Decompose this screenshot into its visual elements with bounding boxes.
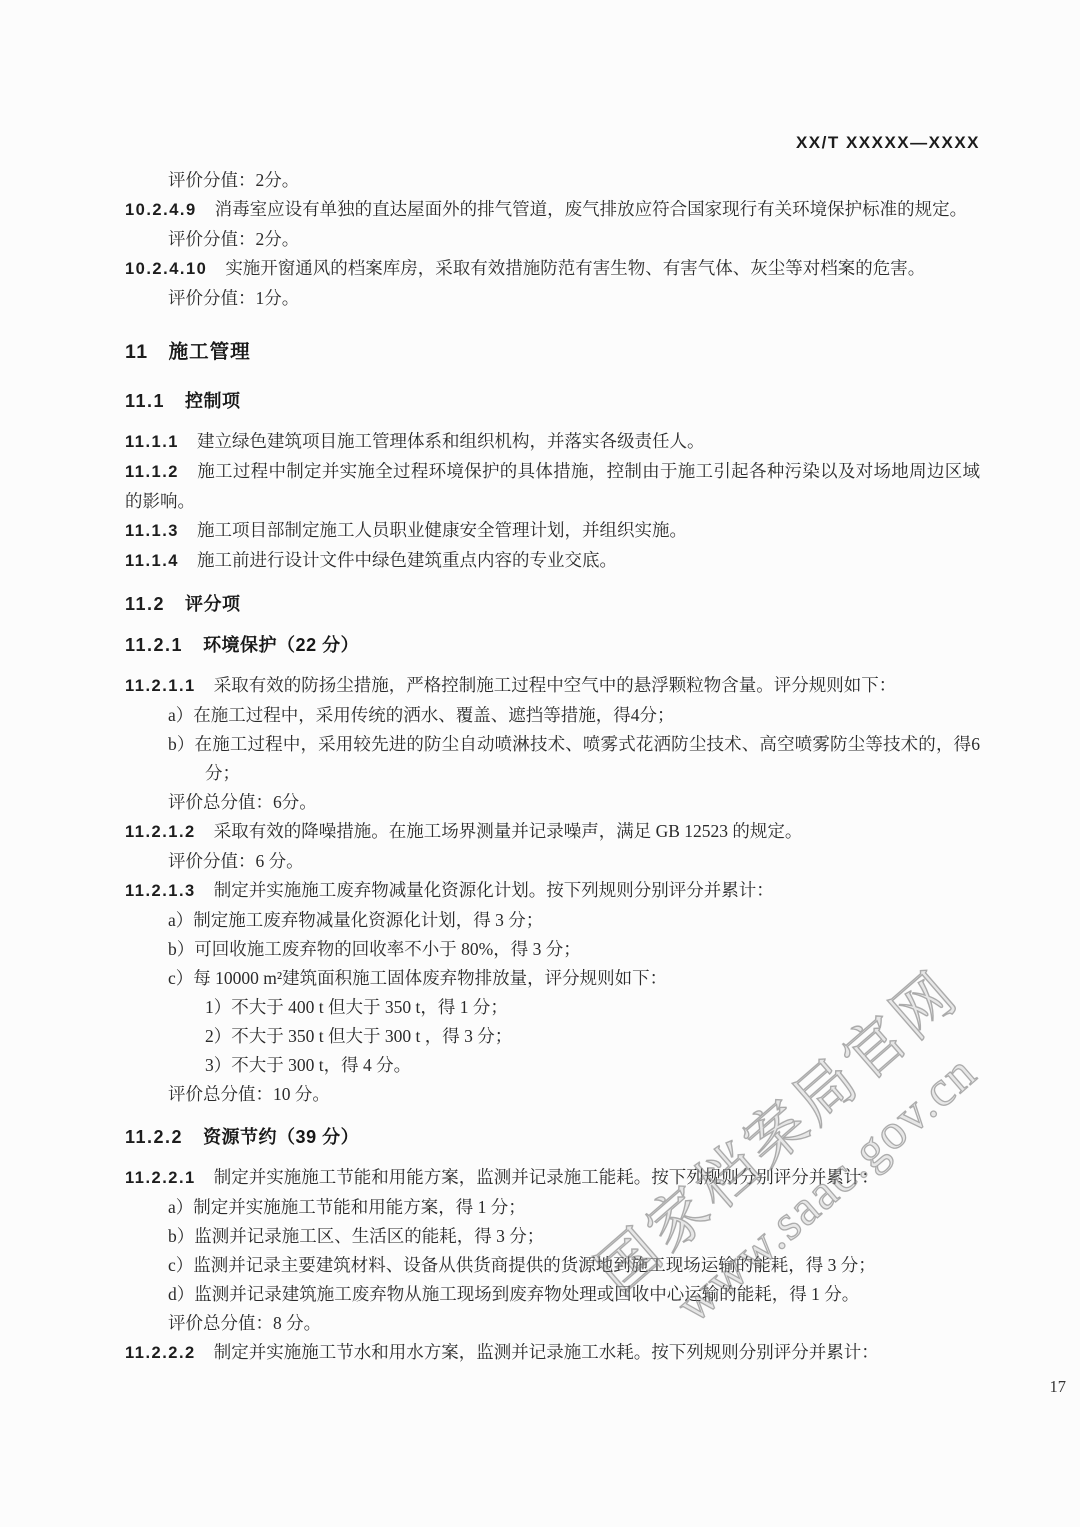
section-heading: 11.2.2资源节约（39 分） xyxy=(125,1125,980,1150)
clause-paragraph: 11.1.3施工项目部制定施工人员职业健康安全管理计划，并组织实施。 xyxy=(125,516,980,546)
clause-number: 11.2.2.2 xyxy=(125,1344,196,1362)
clause-text: 实施开窗通风的档案库房，采取有效措施防范有害生物、有害气体、灰尘等对档案的危害。 xyxy=(225,258,925,278)
clause-text: 施工管理 xyxy=(169,341,251,363)
list-item: c）监测并记录主要建筑材料、设备从供货商提供的货源地到施工现场运输的能耗，得 3… xyxy=(168,1251,980,1280)
clause-text: 采取有效的防扬尘措施，严格控制施工过程中空气中的悬浮颗粒物含量。评分规则如下： xyxy=(214,675,897,695)
list-item: c）每 10000 m²建筑面积施工固体废弃物排放量，评分规则如下： xyxy=(168,964,980,993)
clause-text: 制定并实施施工节水和用水方案，监测并记录施工水耗。按下列规则分别评分并累计： xyxy=(214,1342,879,1362)
clause-text: d）监测并记录建筑施工废弃物从施工现场到废弃物处理或回收中心运输的能耗，得 1 … xyxy=(168,1284,859,1304)
clause-number: 10.2.4.9 xyxy=(125,201,197,219)
clause-text: 评价总分值：10 分。 xyxy=(168,1084,330,1104)
clause-text: c）监测并记录主要建筑材料、设备从供货商提供的货源地到施工现场运输的能耗，得 3… xyxy=(168,1255,876,1275)
list-item: a）在施工过程中，采用传统的洒水、覆盖、遮挡等措施，得4分； xyxy=(168,701,980,730)
clause-number: 11.2 xyxy=(125,594,165,614)
clause-paragraph: 11.1.2施工过程中制定并实施全过程环境保护的具体措施，控制由于施工引起各种污… xyxy=(125,457,980,516)
section-heading: 11.2评分项 xyxy=(125,592,980,617)
clause-text: 制定并实施施工废弃物减量化资源化计划。按下列规则分别评分并累计： xyxy=(214,880,774,900)
list-item: 3）不大于 300 t，得 4 分。 xyxy=(205,1051,980,1080)
clause-number: 11 xyxy=(125,341,149,363)
clause-text: 评价分值：2分。 xyxy=(168,229,299,249)
clause-number: 11.1.1 xyxy=(125,433,179,451)
clause-text: b）可回收施工废弃物的回收率不小于 80%，得 3 分； xyxy=(168,939,581,959)
clause-text: 采取有效的降噪措施。在施工场界测量并记录噪声，满足 GB 12523 的规定。 xyxy=(214,821,803,841)
clause-paragraph: 11.2.2.2制定并实施施工节水和用水方案，监测并记录施工水耗。按下列规则分别… xyxy=(125,1338,980,1368)
section-heading: 11.2.1环境保护（22 分） xyxy=(125,633,980,658)
clause-paragraph: 11.1.1建立绿色建筑项目施工管理体系和组织机构，并落实各级责任人。 xyxy=(125,427,980,457)
list-item: a）制定施工废弃物减量化资源化计划，得 3 分； xyxy=(168,906,980,935)
clause-number: 11.2.1 xyxy=(125,635,183,655)
clause-text: b）监测并记录施工区、生活区的能耗，得 3 分； xyxy=(168,1226,544,1246)
clause-text: 2）不大于 350 t 但大于 300 t ，得 3 分； xyxy=(205,1026,512,1046)
list-item: a）制定并实施施工节能和用能方案，得 1 分； xyxy=(168,1193,980,1222)
clause-paragraph: 11.1.4施工前进行设计文件中绿色建筑重点内容的专业交底。 xyxy=(125,546,980,576)
clause-number: 11.1.4 xyxy=(125,552,179,570)
list-item: b）可回收施工废弃物的回收率不小于 80%，得 3 分； xyxy=(168,935,980,964)
clause-paragraph: 11.2.1.1采取有效的防扬尘措施，严格控制施工过程中空气中的悬浮颗粒物含量。… xyxy=(125,671,980,701)
list-item: 2）不大于 350 t 但大于 300 t ，得 3 分； xyxy=(205,1022,980,1051)
clause-text: 评价总分值：8 分。 xyxy=(168,1313,321,1333)
clause-text: 控制项 xyxy=(185,391,241,411)
list-item: b）在施工过程中，采用较先进的防尘自动喷淋技术、喷雾式花洒防尘技术、高空喷雾防尘… xyxy=(168,730,980,788)
list-item: 评价分值：2分。 xyxy=(168,225,980,254)
clause-number: 11.2.1.3 xyxy=(125,882,196,900)
page-number: 17 xyxy=(0,1368,1080,1398)
clause-paragraph: 10.2.4.10实施开窗通风的档案库房，采取有效措施防范有害生物、有害气体、灰… xyxy=(125,254,980,284)
clause-text: 制定并实施施工节能和用能方案，监测并记录施工能耗。按下列规则分别评分并累计： xyxy=(214,1167,879,1187)
list-item: 评价总分值：6分。 xyxy=(168,788,980,817)
clause-text: 3）不大于 300 t，得 4 分。 xyxy=(205,1055,411,1075)
clause-number: 11.2.1.2 xyxy=(125,823,196,841)
clause-text: 资源节约（39 分） xyxy=(203,1127,359,1147)
list-item: 评价分值：6 分。 xyxy=(168,847,980,876)
clause-text: 施工过程中制定并实施全过程环境保护的具体措施，控制由于施工引起各种污染以及对场地… xyxy=(125,461,980,511)
clause-text: 消毒室应设有单独的直达屋面外的排气管道，废气排放应符合国家现行有关环境保护标准的… xyxy=(215,199,968,219)
clause-number: 11.2.2.1 xyxy=(125,1169,196,1187)
clause-text: 施工项目部制定施工人员职业健康安全管理计划，并组织实施。 xyxy=(197,520,687,540)
clause-paragraph: 11.2.1.2采取有效的降噪措施。在施工场界测量并记录噪声，满足 GB 125… xyxy=(125,817,980,847)
clause-number: 11.1.3 xyxy=(125,522,179,540)
list-item: 1）不大于 400 t 但大于 350 t，得 1 分； xyxy=(205,993,980,1022)
list-item: b）监测并记录施工区、生活区的能耗，得 3 分； xyxy=(168,1222,980,1251)
list-item: 评价分值：2分。 xyxy=(168,166,980,195)
clause-text: 评分项 xyxy=(185,594,241,614)
clause-text: 评价分值：2分。 xyxy=(168,170,299,190)
clause-text: c）每 10000 m²建筑面积施工固体废弃物排放量，评分规则如下： xyxy=(168,968,667,988)
clause-paragraph: 10.2.4.9消毒室应设有单独的直达屋面外的排气管道，废气排放应符合国家现行有… xyxy=(125,195,980,225)
section-heading: 11.1控制项 xyxy=(125,389,980,414)
clause-text: 建立绿色建筑项目施工管理体系和组织机构，并落实各级责任人。 xyxy=(197,431,705,451)
clause-paragraph: 11.2.1.3制定并实施施工废弃物减量化资源化计划。按下列规则分别评分并累计： xyxy=(125,876,980,906)
clause-number: 10.2.4.10 xyxy=(125,260,207,278)
clause-number: 11.2.1.1 xyxy=(125,677,196,695)
list-item: d）监测并记录建筑施工废弃物从施工现场到废弃物处理或回收中心运输的能耗，得 1 … xyxy=(168,1280,980,1309)
clause-text: 评价分值：1分。 xyxy=(168,288,299,308)
clause-number: 11.2.2 xyxy=(125,1127,183,1147)
list-item: 评价分值：1分。 xyxy=(168,284,980,313)
clause-number: 11.1.2 xyxy=(125,463,179,481)
clause-text: b）在施工过程中，采用较先进的防尘自动喷淋技术、喷雾式花洒防尘技术、高空喷雾防尘… xyxy=(168,734,980,783)
clause-text: a）在施工过程中，采用传统的洒水、覆盖、遮挡等措施，得4分； xyxy=(168,705,675,725)
clause-text: 环境保护（22 分） xyxy=(203,635,359,655)
clause-text: a）制定施工废弃物减量化资源化计划，得 3 分； xyxy=(168,910,543,930)
clause-text: 评价总分值：6分。 xyxy=(168,792,317,812)
clause-text: 评价分值：6 分。 xyxy=(168,851,304,871)
clause-text: 1）不大于 400 t 但大于 350 t，得 1 分； xyxy=(205,997,508,1017)
clause-text: a）制定并实施施工节能和用能方案，得 1 分； xyxy=(168,1197,526,1217)
list-item: 评价总分值：8 分。 xyxy=(168,1309,980,1338)
content: 评价分值：2分。10.2.4.9消毒室应设有单独的直达屋面外的排气管道，废气排放… xyxy=(0,0,1080,1368)
clause-text: 施工前进行设计文件中绿色建筑重点内容的专业交底。 xyxy=(197,550,617,570)
clause-paragraph: 11.2.2.1制定并实施施工节能和用能方案，监测并记录施工能耗。按下列规则分别… xyxy=(125,1163,980,1193)
clause-number: 11.1 xyxy=(125,391,165,411)
document-page: XX/T XXXXX—XXXX 评价分值：2分。10.2.4.9消毒室应设有单独… xyxy=(0,0,1080,1527)
list-item: 评价总分值：10 分。 xyxy=(168,1080,980,1109)
chapter-heading: 11施工管理 xyxy=(125,339,980,365)
